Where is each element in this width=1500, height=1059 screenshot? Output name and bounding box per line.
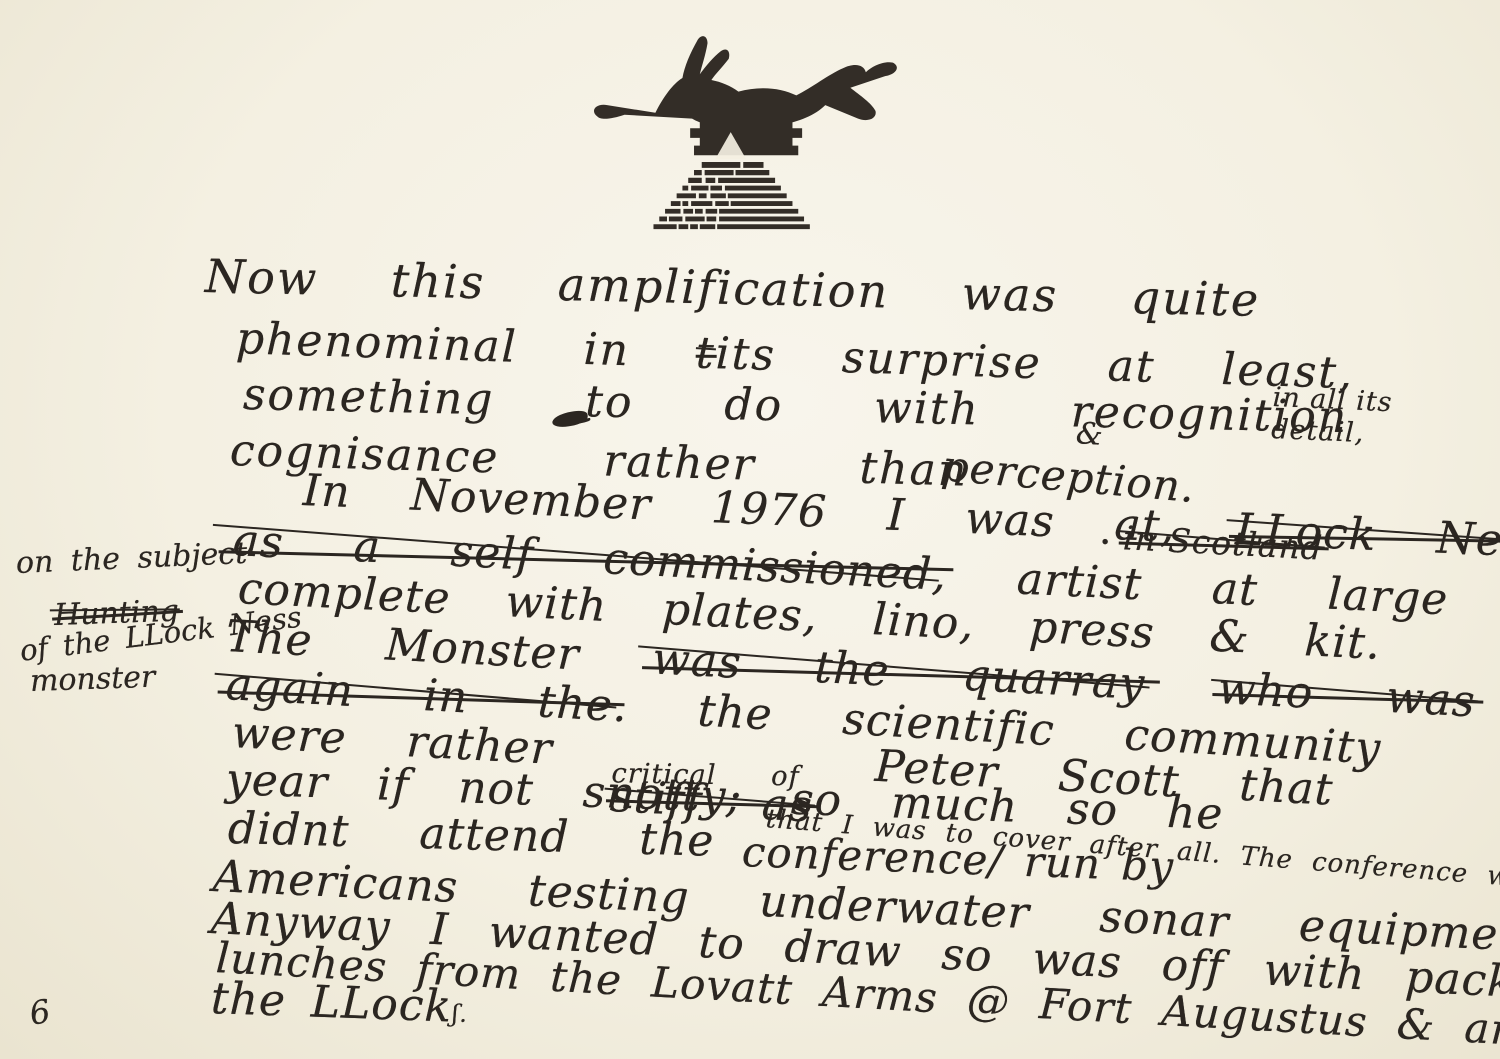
margin-note-line-1: on the subject — [15, 538, 248, 580]
superscript-line-2: detail, — [1271, 414, 1392, 452]
line-16-text: the LLock — [210, 973, 453, 1032]
margin-note-line-4: monster — [29, 662, 155, 698]
insert-dot: • — [1099, 532, 1112, 554]
struck-false-start: t — [695, 330, 716, 377]
flourish-mark: ʃ. — [451, 999, 468, 1028]
handwritten-line-16: the LLockʃ. — [210, 976, 469, 1031]
hare-silhouette — [594, 36, 897, 127]
superscript-insertion: in all its detail, — [1271, 382, 1394, 452]
line-2-text: phenominal in — [235, 313, 631, 376]
hare-illustration — [585, 24, 915, 246]
insertion-caret-mark: & — [1075, 418, 1104, 451]
pedestal-stripes — [653, 165, 809, 227]
handwritten-line-1: Now this amplification was quite — [204, 252, 1260, 324]
pedestal-block — [690, 121, 802, 156]
superscript-line-1: in all its — [1272, 382, 1393, 420]
page-number: 6 — [27, 995, 53, 1032]
manuscript-page: Now this amplification was quite phenomi… — [0, 0, 1500, 1059]
